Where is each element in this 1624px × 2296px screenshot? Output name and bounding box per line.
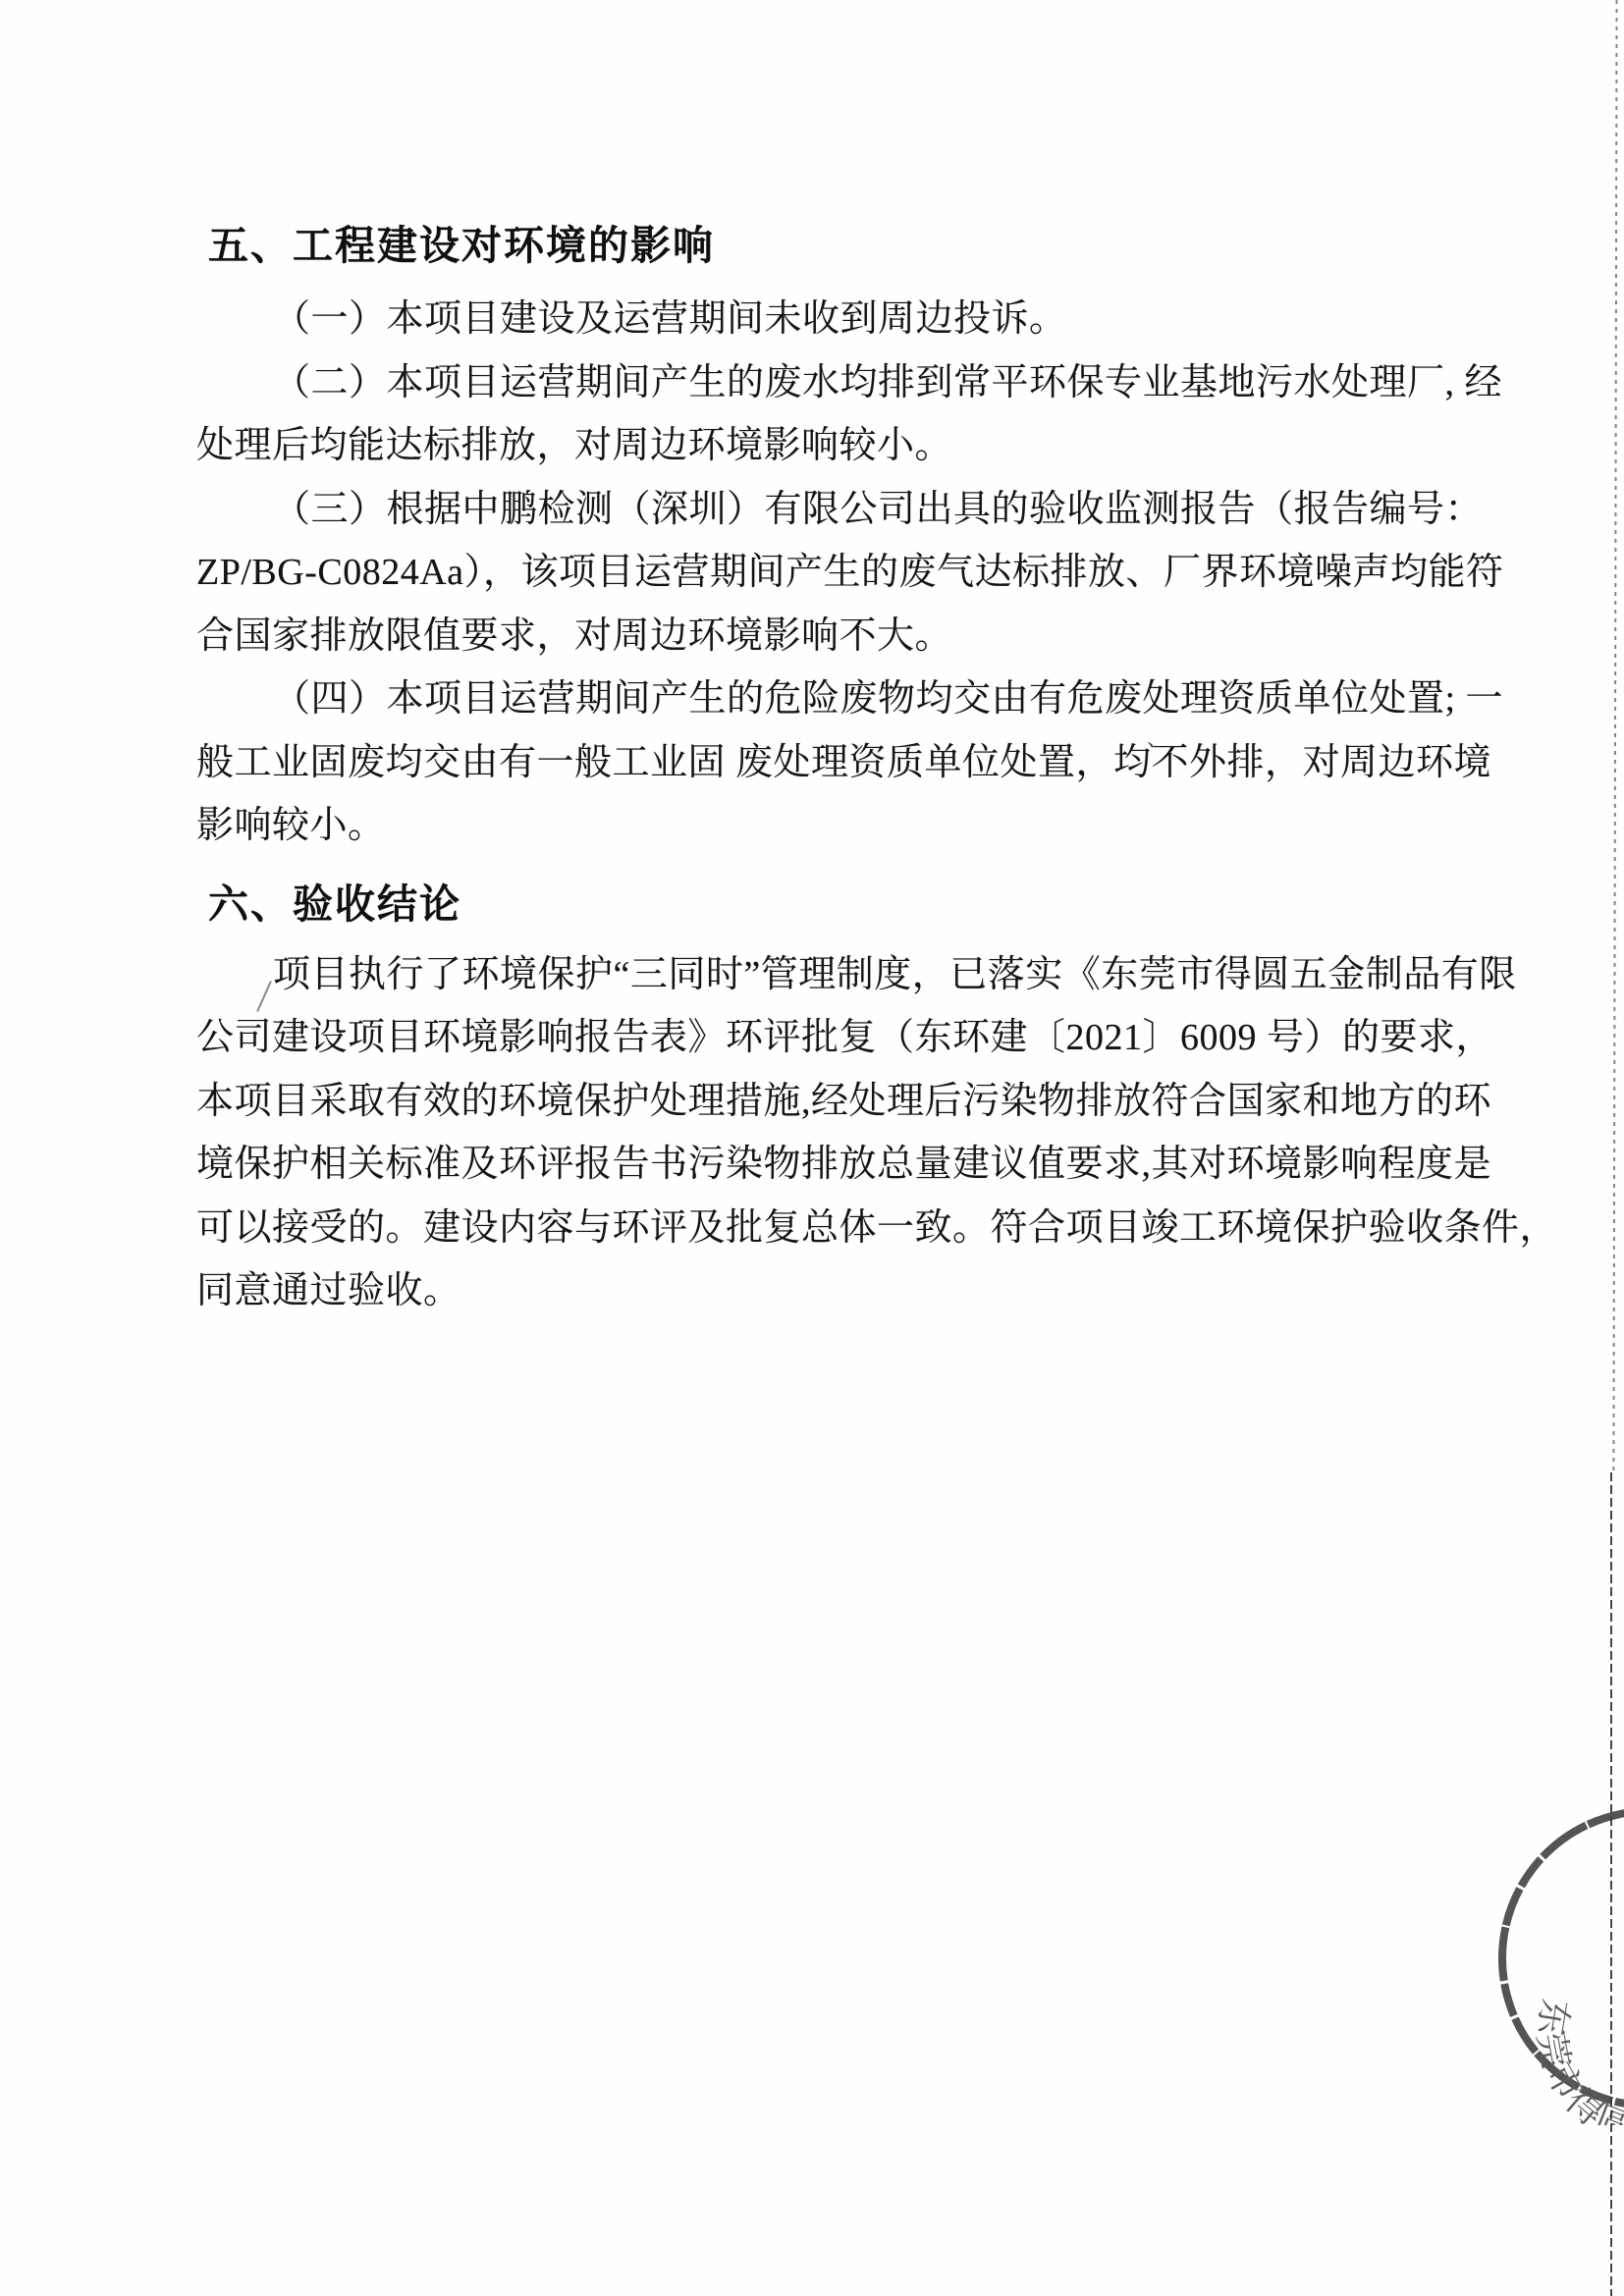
- text-line: 公司建设项目环境影响报告表》环评批复（东环建〔2021〕6009 号）的要求，: [196, 1006, 1435, 1070]
- text-line: 境保护相关标准及环评报告书污染物排放总量建议值要求,其对环境影响程度是: [196, 1133, 1435, 1197]
- text-line: （四）本项目运营期间产生的危险废物均交由有危废处理资质单位处置; 一: [196, 667, 1435, 731]
- scan-speck: 、: [1147, 728, 1168, 750]
- text-line: 处理后均能达标排放，对周边环境影响较小。: [196, 414, 1435, 478]
- text-line: 影响较小。: [196, 794, 1435, 858]
- section-heading-6: 六、验收结论: [196, 873, 1435, 935]
- scanned-document-page: 五、工程建设对环境的影响 （一）本项目建设及运营期间未收到周边投诉。 （二）本项…: [0, 0, 1624, 2296]
- text-line: 合国家排放限值要求，对周边环境影响不大。: [196, 605, 1435, 668]
- text-line: （一）本项目建设及运营期间未收到周边投诉。: [196, 288, 1435, 351]
- text-line: 般工业固废均交由有一般工业固 废处理资质单位处置，均不外排，对周边环境: [196, 731, 1435, 795]
- section-heading-5: 五、工程建设对环境的影响: [196, 214, 1435, 277]
- page-edge-line: [1610, 1472, 1612, 2296]
- text-line: 本项目采取有效的环境保护处理措施,经处理后污染物排放符合国家和地方的环: [196, 1070, 1435, 1134]
- company-seal-stamp: 东莞市得圆五金制品有限公司: [1483, 1791, 1624, 2125]
- page-edge-line: [1612, 0, 1617, 1472]
- text-line: ZP/BG-C0824Aa），该项目运营期间产生的废气达标排放、厂界环境噪声均能…: [196, 541, 1435, 605]
- text-line: 可以接受的。建设内容与环评及批复总体一致。符合项目竣工环境保护验收条件，: [196, 1197, 1435, 1260]
- text-line: 同意通过验收。: [196, 1259, 1435, 1323]
- text-line: （三）根据中鹏检测（深圳）有限公司出具的验收监测报告（报告编号：: [196, 478, 1435, 542]
- document-body: 五、工程建设对环境的影响 （一）本项目建设及运营期间未收到周边投诉。 （二）本项…: [196, 214, 1435, 1323]
- text-line: （二）本项目运营期间产生的废水均排到常平环保专业基地污水处理厂, 经: [196, 351, 1435, 415]
